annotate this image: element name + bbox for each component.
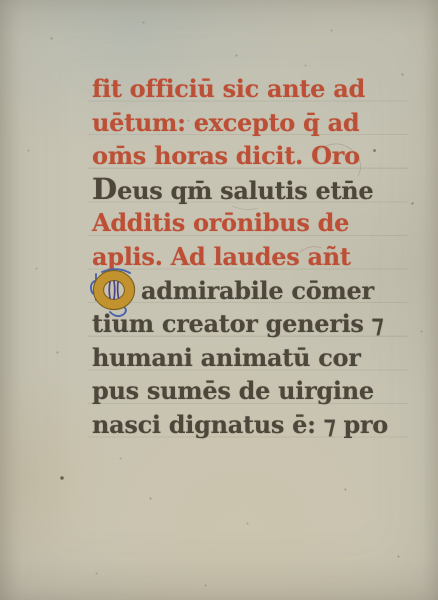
manuscript-line: humani animatū cor (92, 341, 422, 375)
manuscript-line: pus sumēs de uirgine (92, 374, 422, 408)
illuminated-initial-o: O (86, 265, 142, 321)
manuscript-line: Deus qm̄ salutis etn̄e (92, 173, 422, 207)
manuscript-page: fit officiū sic ante ad uētum: excepto q… (0, 0, 438, 600)
text-block: fit officiū sic ante ad uētum: excepto q… (92, 72, 422, 442)
manuscript-line: om̄s horas dicit. Oro (92, 139, 422, 173)
initial-artwork (86, 265, 142, 321)
manuscript-line-text: admirabile cōmer (141, 276, 374, 305)
manuscript-line: Additis orōnibus de (92, 206, 422, 240)
manuscript-line: fit officiū sic ante ad (92, 72, 422, 106)
parchment-specks (0, 0, 1, 1)
initial-infill-strokes (109, 281, 118, 299)
manuscript-line: uētum: excepto q̄ ad (92, 106, 422, 140)
manuscript-line: nasci dignatus ē: ⁊ pro (92, 408, 422, 442)
manuscript-line-with-initial: O (92, 274, 422, 308)
